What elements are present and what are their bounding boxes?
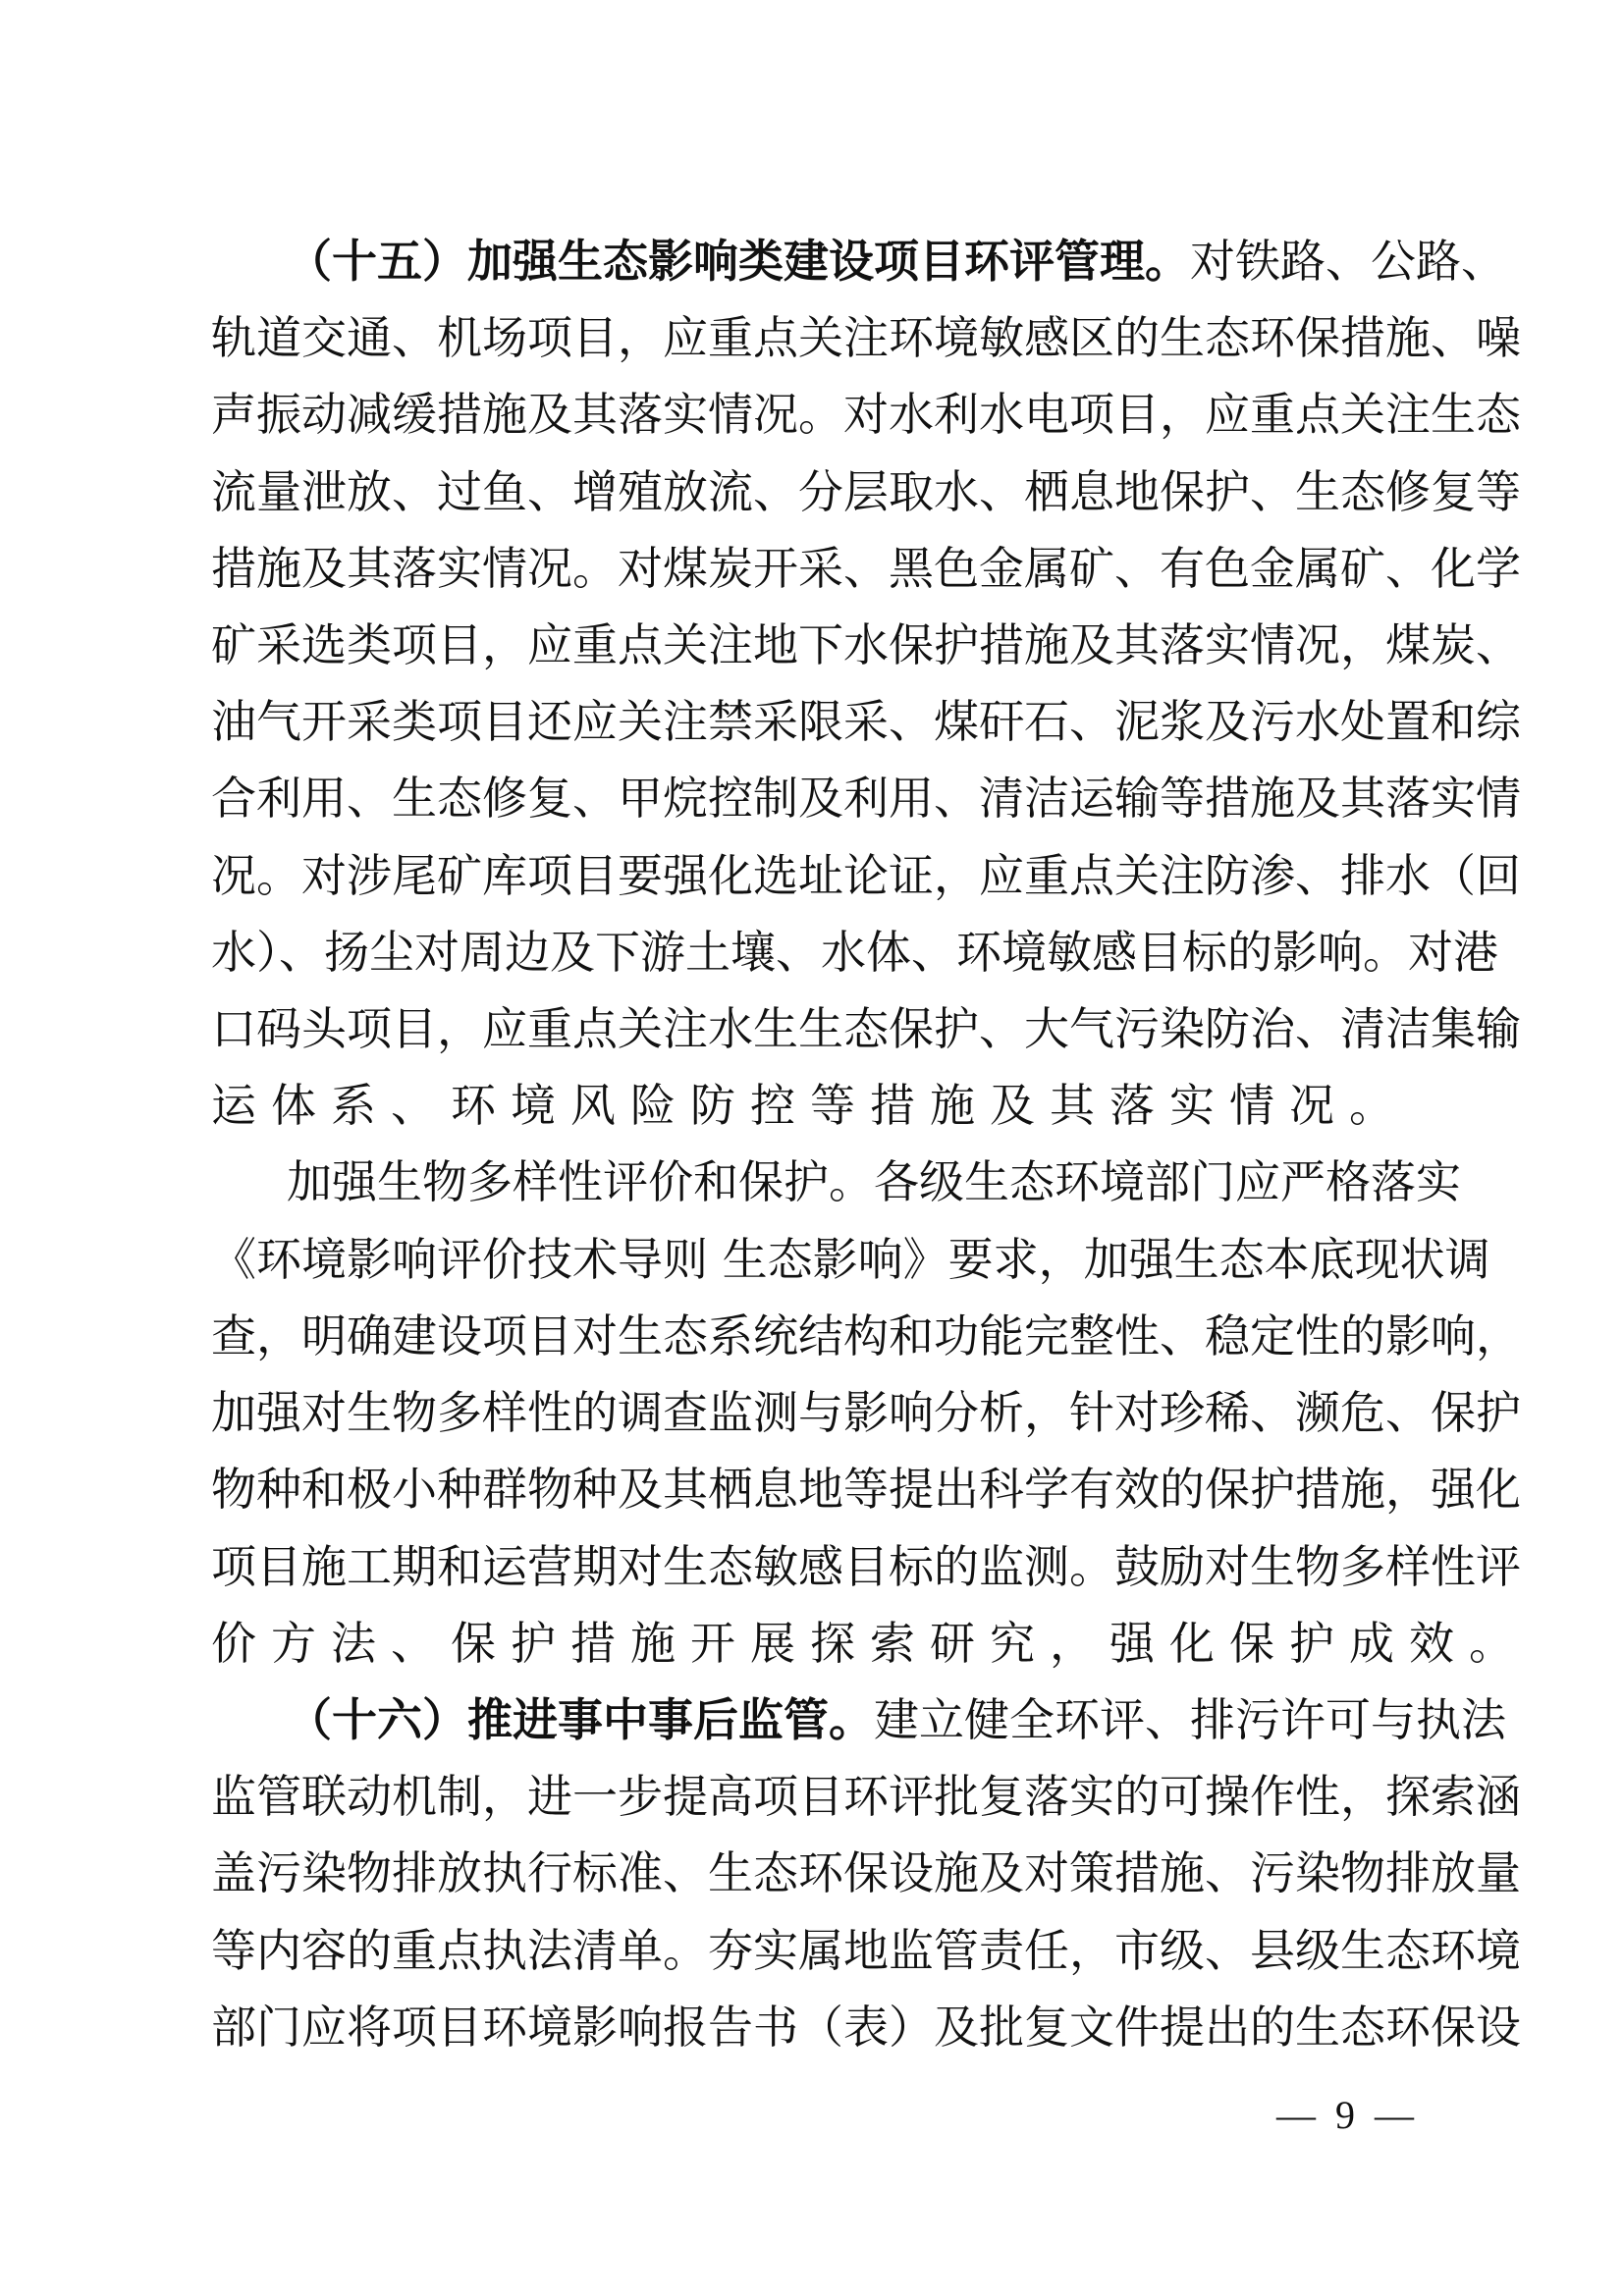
text-line: 盖污染物排放执行标准、生态环保设施及对策措施、污染物排放量: [211, 1843, 1414, 1902]
text-line: 查，明确建设项目对生态系统结构和功能完整性、稳定性的影响，: [211, 1307, 1414, 1365]
text-line: 监管联动机制，进一步提高项目环评批复落实的可操作性，探索涵: [211, 1767, 1414, 1826]
text-line: 《环境影响评价技术导则 生态影响》要求，加强生态本底现状调: [211, 1230, 1414, 1289]
text-line: 加强对生物多样性的调查监测与影响分析，针对珍稀、濒危、保护: [211, 1383, 1414, 1442]
text-line: 加强生物多样性评价和保护。各级生态环境部门应严格落实: [287, 1152, 1414, 1211]
text-line: 措施及其落实情况。对煤炭开采、黑色金属矿、有色金属矿、化学: [211, 539, 1414, 598]
text-line: 部门应将项目环境影响报告书（表）及批复文件提出的生态环保设: [211, 1998, 1414, 2056]
line-text: 对铁路、公路、: [1190, 235, 1506, 288]
section-heading-15: （十五）加强生态影响类建设项目环评管理。: [287, 235, 1190, 288]
text-line: 况。对涉尾矿库项目要强化选址论证，应重点关注防渗、排水（回: [211, 846, 1414, 905]
text-line: 声振动减缓措施及其落实情况。对水利水电项目，应重点关注生态: [211, 385, 1414, 444]
text-line: 水）、扬尘对周边及下游土壤、水体、环境敏感目标的影响。对港: [211, 923, 1414, 982]
text-line: 轨道交通、机场项目，应重点关注环境敏感区的生态环保措施、噪: [211, 308, 1414, 367]
document-page: （十五）加强生态影响类建设项目环评管理。对铁路、公路、 轨道交通、机场项目，应重…: [0, 0, 1623, 2296]
text-line: 矿采选类项目，应重点关注地下水保护措施及其落实情况，煤炭、: [211, 615, 1414, 674]
line-text: 建立健全环评、排污许可与执法: [874, 1693, 1506, 1746]
text-line: 价方法、保护措施开展探索研究，强化保护成效。: [211, 1614, 1414, 1673]
text-line: 口码头项目，应重点关注水生生态保护、大气污染防治、清洁集输: [211, 999, 1414, 1058]
section-heading-16: （十六）推进事中事后监管。: [287, 1693, 874, 1746]
text-line: （十五）加强生态影响类建设项目环评管理。对铁路、公路、: [287, 232, 1414, 291]
text-line: 流量泄放、过鱼、增殖放流、分层取水、栖息地保护、生态修复等: [211, 462, 1414, 521]
text-line: 物种和极小种群物种及其栖息地等提出科学有效的保护措施，强化: [211, 1460, 1414, 1519]
text-line: 等内容的重点执法清单。夯实属地监管责任，市级、县级生态环境: [211, 1921, 1414, 1980]
text-line: 油气开采类项目还应关注禁采限采、煤矸石、泥浆及污水处置和综: [211, 692, 1414, 751]
text-line: 合利用、生态修复、甲烷控制及利用、清洁运输等措施及其落实情: [211, 769, 1414, 828]
text-line: 项目施工期和运营期对生态敏感目标的监测。鼓励对生物多样性评: [211, 1537, 1414, 1596]
page-number: — 9 —: [1276, 2091, 1414, 2140]
text-line: 运体系、环境风险防控等措施及其落实情况。: [211, 1076, 1414, 1135]
text-line: （十六）推进事中事后监管。建立健全环评、排污许可与执法: [287, 1690, 1414, 1749]
